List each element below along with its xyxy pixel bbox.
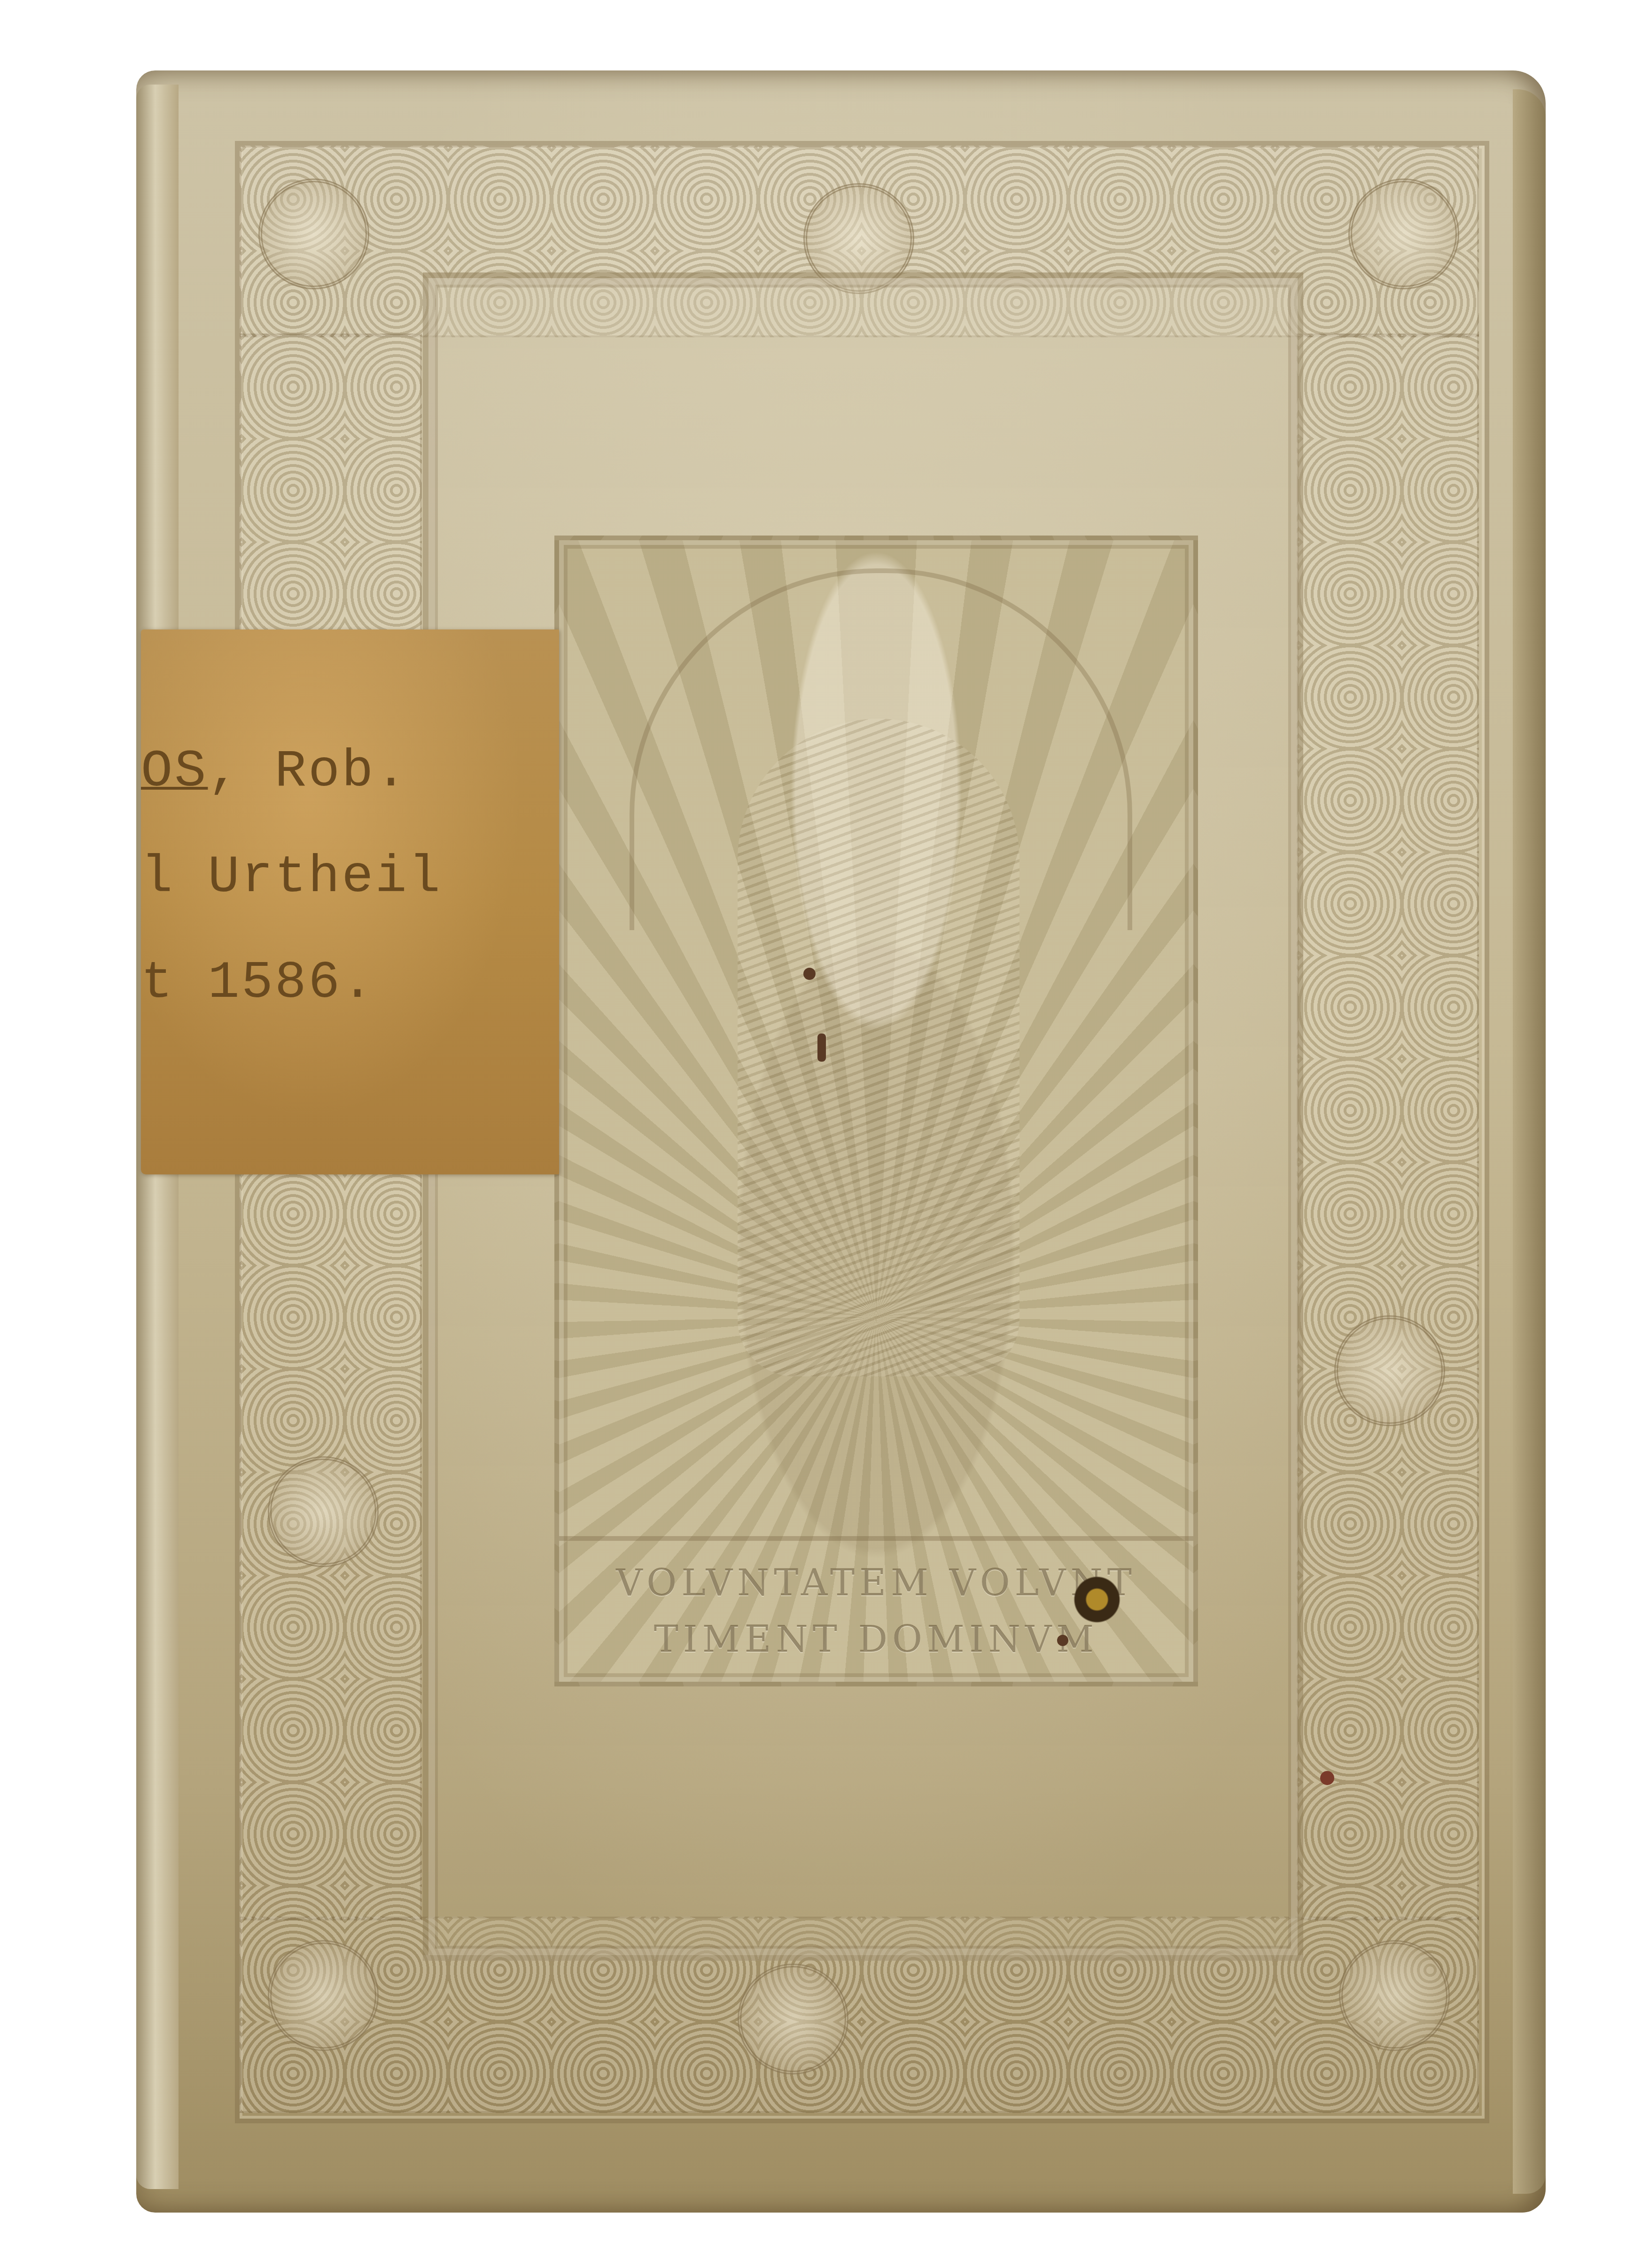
label-line-date: t 1586. bbox=[141, 930, 559, 1036]
shelf-label: OS, Rob. l Urtheil t 1586. bbox=[141, 629, 559, 1174]
corner-medallion-icon bbox=[1348, 179, 1459, 289]
stain-speck bbox=[803, 968, 816, 980]
label-author-rest: , Rob. bbox=[208, 742, 408, 801]
corner-medallion-icon bbox=[268, 1940, 379, 2051]
ink-stain bbox=[1071, 1574, 1123, 1625]
stain-speck bbox=[1320, 1771, 1334, 1785]
inscription-line-1: VOLVNTATEM VOLVNT bbox=[616, 1562, 1136, 1604]
corner-medallion-icon bbox=[1339, 1940, 1450, 2051]
stain-mark bbox=[817, 1033, 826, 1062]
allegorical-figure bbox=[738, 719, 1019, 1376]
label-line-title: l Urtheil bbox=[141, 824, 559, 930]
side-medallion-icon bbox=[268, 1456, 379, 1567]
label-author-underlined: OS bbox=[141, 742, 208, 801]
ornament-band-right bbox=[1297, 334, 1479, 1920]
center-panel: VOLVNTATEM VOLVNT TIMENT DOMINVM bbox=[554, 536, 1198, 1686]
fore-edge bbox=[1513, 89, 1546, 2194]
inscription-line-2: TIMENT DOMINVM bbox=[654, 1618, 1098, 1661]
label-line-author: OS, Rob. bbox=[141, 719, 559, 824]
bottom-medallion-icon bbox=[738, 1964, 848, 2074]
corner-medallion-icon bbox=[258, 179, 369, 289]
stain-speck bbox=[1057, 1635, 1068, 1646]
side-medallion-icon bbox=[1334, 1315, 1445, 1426]
